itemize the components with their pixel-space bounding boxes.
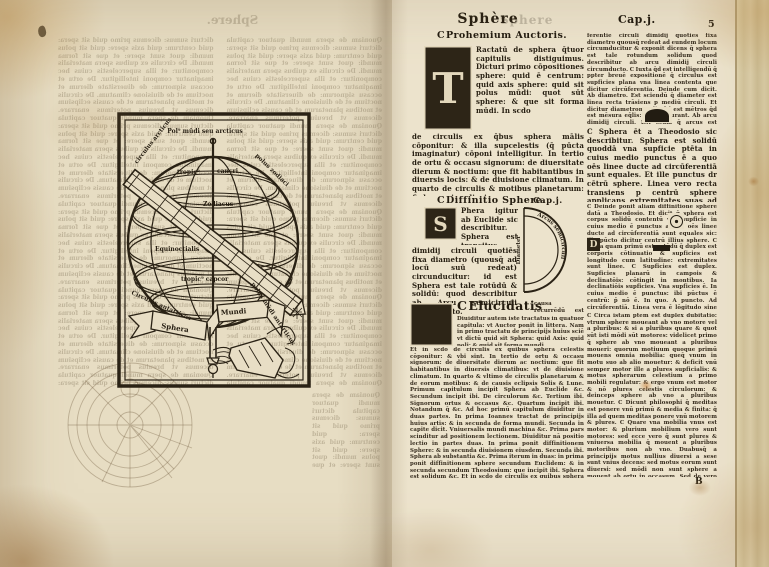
label-pole-top: Pol⁹ mūdi seu arcticus	[167, 128, 243, 135]
arc-label: Arcus semicirculi	[535, 212, 566, 260]
small-initial-D: D	[587, 238, 600, 251]
prohemium-text-continued: de circulis ex q̄bus sphera mālis cōponi…	[412, 133, 584, 196]
prohemium-text: Ractatū de sphera q̄tuor capitulis disti…	[476, 46, 584, 132]
showthrough-running-title: Sphere.	[165, 13, 300, 33]
label-tropic-cancer: cancri	[217, 168, 239, 175]
showthrough-text-strip: Quoniam de spera mundi quatuor capitula …	[312, 392, 380, 470]
label-equinoctial: Equinoctialis	[155, 246, 200, 253]
decorated-initial-T: T	[424, 46, 472, 130]
book-spread: Sphere. Quoniam de spera mundi quatuor c…	[0, 0, 769, 567]
definition-text: Phera igitur ab Euclide sic describitur.…	[461, 207, 518, 245]
capitulum-mark: C	[437, 195, 445, 206]
inline-arc-figure	[645, 109, 669, 122]
prohemium-heading: CProhemium Auctoris.	[437, 31, 567, 41]
diameter-label: Diameter	[516, 236, 522, 265]
theodosius-definition: C Sphera ēt a Theodosio sic describitur.…	[587, 128, 717, 202]
gloss-middle: C Deinde ponit aliam diffinitionē sphere…	[587, 204, 717, 311]
inline-line-figure	[653, 245, 670, 251]
folio-number: 5	[708, 20, 715, 30]
banner-text-mundi: Mundi	[221, 306, 247, 317]
elucidatis-heading: CElucidatis	[457, 299, 542, 313]
chapter-heading: Cap.j.	[618, 14, 656, 26]
decorated-initial-S: S	[424, 207, 457, 240]
label-tropic-capricorn: tropic⁹ capcor	[181, 276, 229, 283]
decorated-initial-E	[410, 303, 453, 346]
fore-edge-pages	[735, 0, 769, 567]
capitulum-mark: C	[437, 30, 445, 41]
armillary-sphere-woodcut: Pol⁹ mūdi seu arcticus circulus arcticus…	[117, 112, 311, 388]
signature-mark: B	[695, 478, 703, 487]
label-arctic-circle: circulus arcticus	[133, 116, 174, 165]
label-zodiac: Zodiacus	[203, 201, 234, 208]
capitulum-mark: C	[457, 298, 467, 313]
elucidatis-text-continued: Et in scdo de circulis ex quibus sphera …	[410, 347, 584, 478]
running-title-ghost-offset: Sphere	[500, 14, 570, 27]
elucidatis-lead: causa recurrēdū est ad scdm tractatum.	[534, 301, 584, 314]
elucidatis-text: Diuiditur autem iste tractatus in quatuo…	[457, 316, 584, 346]
inline-circle-figure	[670, 215, 683, 228]
gloss-bottom: C Circa istam ptem est duplex dubitatio:…	[587, 313, 717, 477]
semicircle-diagram: Diameter Arcus semicirculi	[516, 202, 592, 300]
svg-text:Arcus semicirculi: Arcus semicirculi	[535, 212, 566, 260]
label-tropic-cancer: tropic⁹	[177, 169, 200, 176]
